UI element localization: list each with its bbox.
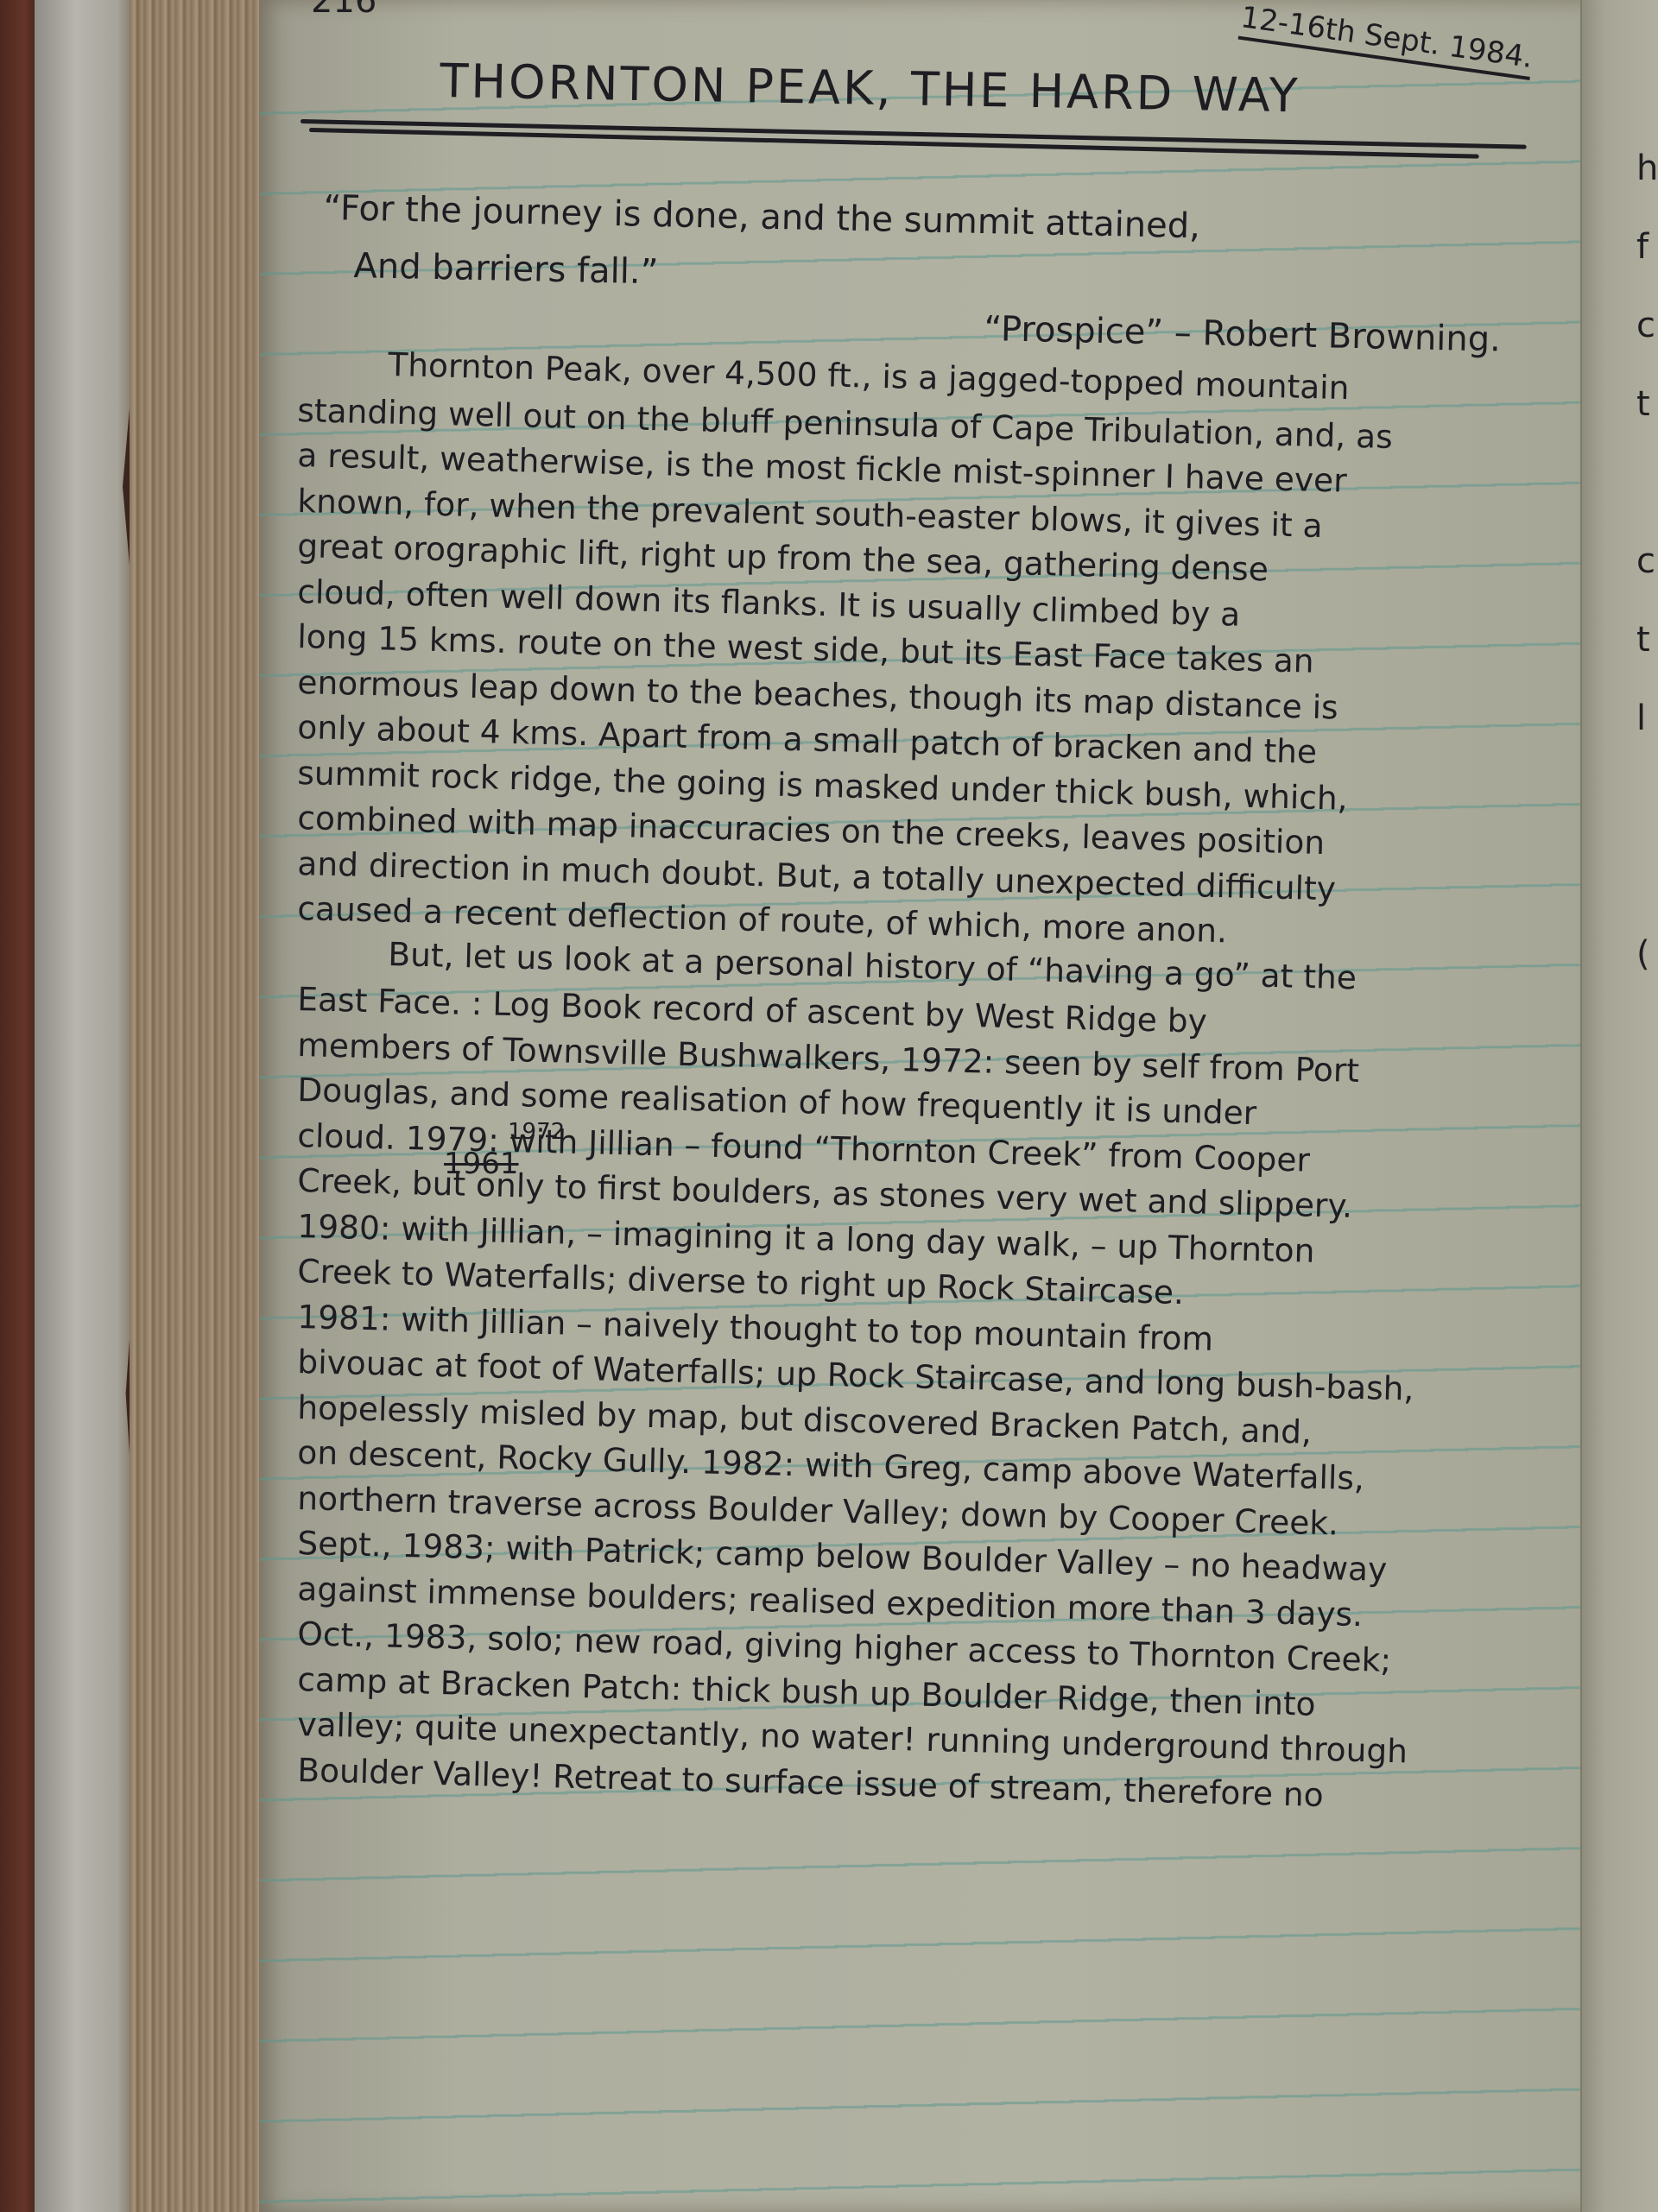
facing-page-text-fragments: h f c t c t l ( — [1636, 130, 1658, 994]
epigraph-line: And barriers fall.” — [353, 246, 659, 292]
struck-out-year: 1961 — [444, 1147, 519, 1181]
torn-page-stubs — [35, 0, 138, 2212]
page-stack-edges — [130, 0, 268, 2212]
correction-insertion: 1972 — [508, 1119, 565, 1145]
page-number: 216 — [311, 0, 377, 21]
